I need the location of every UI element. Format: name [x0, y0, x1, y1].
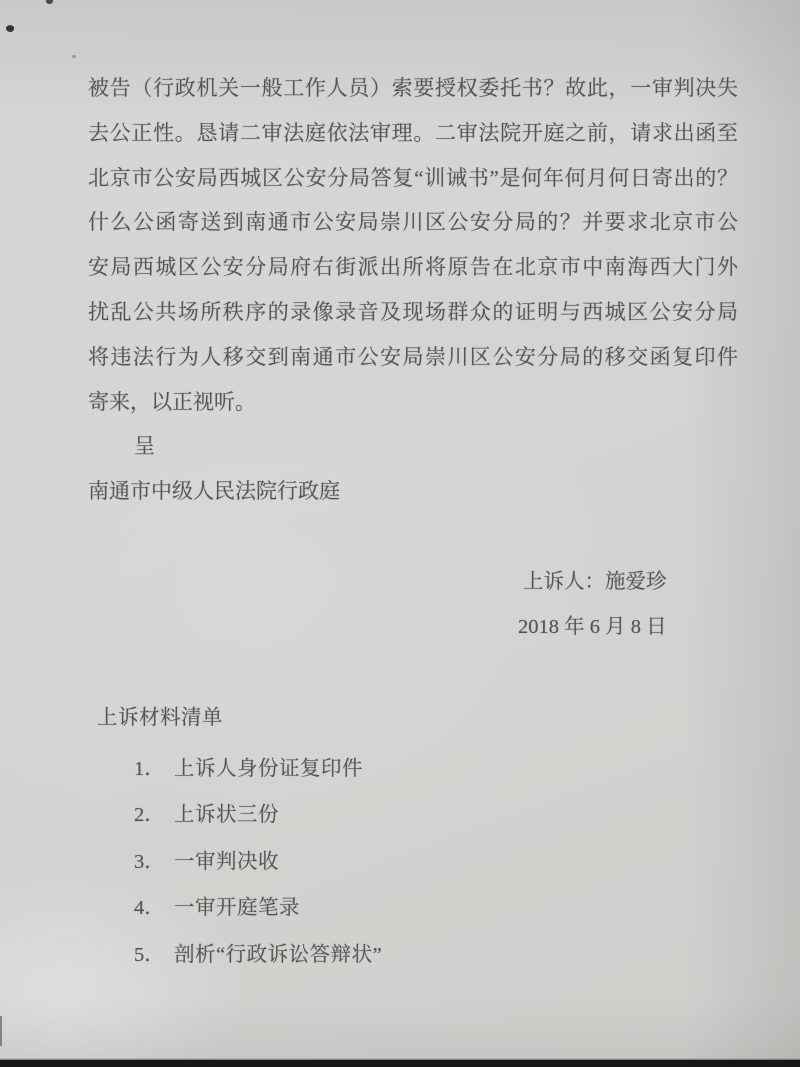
attachment-item: 5．剖析“行政诉讼答辩状”: [134, 932, 382, 978]
attachment-number: 1．: [134, 746, 174, 792]
court-name: 南通市中级人民法院行政庭: [88, 469, 738, 514]
photo-left-edge: [0, 1016, 2, 1046]
appellant-name: 上诉人：施爱珍: [523, 560, 667, 605]
attachments-list: 1．上诉人身份证复印件 2．上诉状三份 3．一审判决收 4．一审开庭笔录 5．剖…: [134, 746, 382, 978]
attachment-label: 上诉人身份证复印件: [174, 758, 363, 780]
attachment-number: 3．: [134, 839, 174, 885]
attachment-label: 一审判决收: [174, 851, 279, 873]
body-line: 北京市公安局西城区公安分局答复“训诫书”是何年何月何日寄出的？: [88, 156, 738, 201]
attachment-number: 5．: [134, 932, 174, 978]
paper-speck: [72, 55, 76, 58]
body-line: 安局西城区公安分局府右街派出所将原告在北京市中南海西大门外: [88, 245, 738, 290]
photo-bottom-edge: [0, 1060, 800, 1067]
attachment-label: 上诉状三份: [174, 804, 279, 826]
document-photo: 被告（行政机关一般工作人员）索要授权委托书？故此，一审判决失 去公正性。恳请二审…: [0, 0, 800, 1067]
attachment-label: 剖析“行政诉讼答辩状”: [174, 944, 382, 966]
attachments-title: 上诉材料清单: [97, 696, 223, 741]
signature-block: 上诉人：施爱珍 2018 年 6 月 8 日: [518, 560, 667, 650]
body-line: 什么公函寄送到南通市公安局崇川区公安分局的？并要求北京市公: [88, 200, 738, 245]
attachment-item: 2．上诉状三份: [134, 792, 382, 838]
body-line: 被告（行政机关一般工作人员）索要授权委托书？故此，一审判决失: [88, 66, 738, 111]
body-line: 将违法行为人移交到南通市公安局崇川区公安分局的移交函复印件: [88, 335, 738, 380]
attachment-number: 2．: [134, 792, 174, 838]
body-line: 去公正性。恳请二审法庭依法审理。二审法院开庭之前，请求出函至: [88, 111, 738, 156]
attachment-number: 4．: [134, 885, 174, 931]
attachment-label: 一审开庭笔录: [174, 897, 300, 919]
attachment-item: 4．一审开庭笔录: [134, 885, 382, 931]
paper-speck: [5, 24, 15, 33]
submit-word: 呈: [88, 424, 738, 469]
appeal-body: 被告（行政机关一般工作人员）索要授权委托书？故此，一审判决失 去公正性。恳请二审…: [88, 66, 738, 514]
attachment-item: 3．一审判决收: [134, 839, 382, 885]
paper-speck: [46, 0, 53, 4]
attachment-item: 1．上诉人身份证复印件: [134, 746, 382, 792]
body-line: 寄来，以正视听。: [88, 380, 738, 425]
signature-date: 2018 年 6 月 8 日: [518, 605, 667, 650]
body-line: 扰乱公共场所秩序的录像录音及现场群众的证明与西城区公安分局: [88, 290, 738, 335]
